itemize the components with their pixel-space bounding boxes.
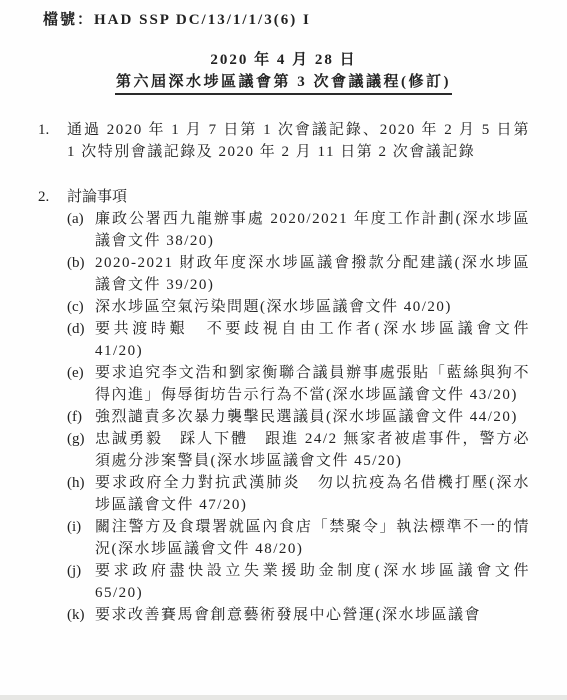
file-ref-label: 檔號： xyxy=(43,12,94,28)
subitem-label: (d) xyxy=(67,318,95,340)
subitem-c: (c) 深水埗區空氣污染問題(深水埗區議會文件 40/20) xyxy=(67,296,530,318)
subitem-text: 要共渡時艱 不要歧視自由工作者(深水埗區議會文件 41/20) xyxy=(95,318,530,362)
subitem-text: 2020-2021 財政年度深水埗區議會撥款分配建議(深水埗區議會文件 39/2… xyxy=(95,252,530,296)
subitem-b: (b) 2020-2021 財政年度深水埗區議會撥款分配建議(深水埗區議會文件 … xyxy=(67,252,530,296)
subitem-text: 深水埗區空氣污染問題(深水埗區議會文件 40/20) xyxy=(95,296,530,318)
item-number: 2. xyxy=(38,186,67,208)
subitem-e: (e) 要求追究李文浩和劉家衡聯合議員辦事處張貼「藍絲與狗不得內進」侮辱街坊告示… xyxy=(67,362,530,406)
subitem-label: (k) xyxy=(67,604,95,626)
item-number: 1. xyxy=(38,119,67,141)
subitem-text: 要求政府盡快設立失業援助金制度(深水埗區議會文件 65/20) xyxy=(95,560,530,604)
document-date: 2020 年 4 月 28 日 xyxy=(0,49,567,71)
file-reference: 檔號：HAD SSP DC/13/1/1/3(6) I xyxy=(43,9,567,31)
subitem-label: (c) xyxy=(67,296,95,318)
document-page: 檔號：HAD SSP DC/13/1/1/3(6) I 2020 年 4 月 2… xyxy=(0,0,567,626)
agenda-item-1: 1. 通過 2020 年 1 月 7 日第 1 次會議記錄、2020 年 2 月… xyxy=(38,119,530,163)
subitem-k: (k) 要求改善賽馬會創意藝術發展中心營運(深水埗區議會 xyxy=(67,604,530,626)
agenda-list: 1. 通過 2020 年 1 月 7 日第 1 次會議記錄、2020 年 2 月… xyxy=(38,119,530,626)
file-ref-number: HAD SSP DC/13/1/1/3(6) I xyxy=(94,12,311,28)
subitem-label: (a) xyxy=(67,208,95,230)
subitem-text: 強烈譴責多次暴力襲擊民選議員(深水埗區議會文件 44/20) xyxy=(95,406,530,428)
subitem-text: 忠誠勇毅 踩人下體 跟進 24/2 無家者被虐事件，警方必須處分涉案警員(深水埗… xyxy=(95,428,530,472)
subitem-text: 關注警方及食環署就區內食店「禁聚令」執法標準不一的情況(深水埗區議會文件 48/… xyxy=(95,516,530,560)
subitem-label: (f) xyxy=(67,406,95,428)
subitem-label: (j) xyxy=(67,560,95,582)
subitem-j: (j) 要求政府盡快設立失業援助金制度(深水埗區議會文件 65/20) xyxy=(67,560,530,604)
subitem-label: (b) xyxy=(67,252,95,274)
subitem-f: (f) 強烈譴責多次暴力襲擊民選議員(深水埗區議會文件 44/20) xyxy=(67,406,530,428)
subitem-label: (e) xyxy=(67,362,95,384)
subitem-list: (a) 廉政公署西九龍辦事處 2020/2021 年度工作計劃(深水埗區議會文件… xyxy=(67,208,530,626)
page-bottom-edge xyxy=(0,695,567,700)
subitem-a: (a) 廉政公署西九龍辦事處 2020/2021 年度工作計劃(深水埗區議會文件… xyxy=(67,208,530,252)
agenda-item-2: 2. 討論事項 (a) 廉政公署西九龍辦事處 2020/2021 年度工作計劃(… xyxy=(38,186,530,626)
subitem-h: (h) 要求政府全力對抗武漢肺炎 勿以抗疫為名借機打壓(深水埗區議會文件 47/… xyxy=(67,472,530,516)
subitem-text: 要求改善賽馬會創意藝術發展中心營運(深水埗區議會 xyxy=(95,604,530,626)
subitem-label: (g) xyxy=(67,428,95,450)
subitem-text: 要求追究李文浩和劉家衡聯合議員辦事處張貼「藍絲與狗不得內進」侮辱街坊告示行為不當… xyxy=(95,362,530,406)
subitem-text: 要求政府全力對抗武漢肺炎 勿以抗疫為名借機打壓(深水埗區議會文件 47/20) xyxy=(95,472,530,516)
subitem-i: (i) 關注警方及食環署就區內食店「禁聚令」執法標準不一的情況(深水埗區議會文件… xyxy=(67,516,530,560)
subitem-d: (d) 要共渡時艱 不要歧視自由工作者(深水埗區議會文件 41/20) xyxy=(67,318,530,362)
item-text: 通過 2020 年 1 月 7 日第 1 次會議記錄、2020 年 2 月 5 … xyxy=(67,119,530,163)
document-title-text: 第六屆深水埗區議會第 3 次會議議程(修訂) xyxy=(115,71,452,95)
subitem-g: (g) 忠誠勇毅 踩人下體 跟進 24/2 無家者被虐事件，警方必須處分涉案警員… xyxy=(67,428,530,472)
subitem-text: 廉政公署西九龍辦事處 2020/2021 年度工作計劃(深水埗區議會文件 38/… xyxy=(95,208,530,252)
item-text: 討論事項 xyxy=(67,186,530,208)
document-title: 第六屆深水埗區議會第 3 次會議議程(修訂) xyxy=(0,71,567,95)
subitem-label: (i) xyxy=(67,516,95,538)
subitem-label: (h) xyxy=(67,472,95,494)
